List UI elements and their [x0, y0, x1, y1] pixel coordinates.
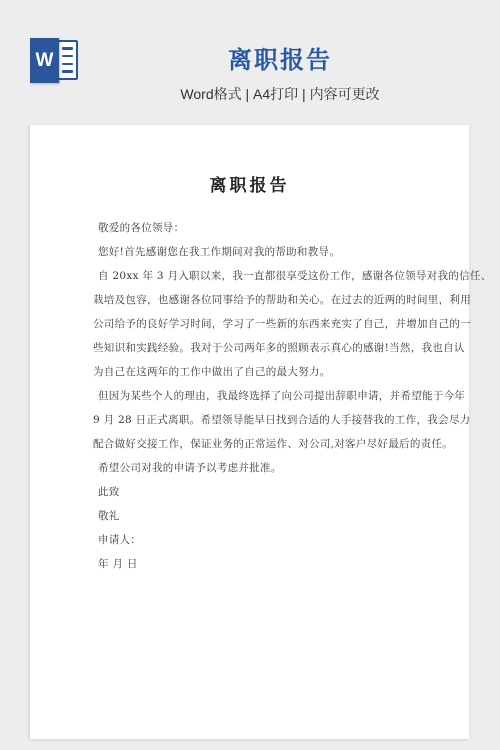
doc-line: 配合做好交接工作，保证业务的正常运作、对公司,对客户尽好最后的责任。 [93, 432, 419, 456]
header: W 离职报告 Word格式 | A4打印 | 内容可更改 [0, 0, 500, 125]
doc-line: 自 20xx 年 3 月入职以来，我一直都很享受这份工作，感谢各位领导对我的信任… [93, 264, 419, 288]
doc-line: 敬礼 [93, 504, 419, 528]
doc-line: 9 月 28 日正式离职。希望领导能早日找到合适的人手接替我的工作，我会尽力 [93, 408, 419, 432]
doc-line: 栽培及包容，也感谢各位同事给予的帮助和关心。在过去的近两的时间里，利用 [93, 288, 419, 312]
doc-line: 敬爱的各位领导： [93, 216, 419, 240]
template-preview-page: W 离职报告 Word格式 | A4打印 | 内容可更改 离职报告 敬爱的各位领… [0, 0, 500, 125]
document-title: 离职报告 [30, 174, 469, 198]
template-subtitle: Word格式 | A4打印 | 内容可更改 [60, 84, 500, 104]
doc-line: 些知识和实践经验。我对于公司两年多的照顾表示真心的感谢!当然，我也自认 [93, 336, 419, 360]
document-body: 敬爱的各位领导：您好!首先感谢您在我工作期间对我的帮助和教导。自 20xx 年 … [30, 216, 469, 576]
doc-line: 此致 [93, 480, 419, 504]
doc-line: 您好!首先感谢您在我工作期间对我的帮助和教导。 [93, 240, 419, 264]
doc-line: 为自己在这两年的工作中做出了自己的最大努力。 [93, 360, 419, 384]
doc-line: 公司给予的良好学习时间，学习了一些新的东西来充实了自己，并增加自己的一 [93, 312, 419, 336]
document-page: 离职报告 敬爱的各位领导：您好!首先感谢您在我工作期间对我的帮助和教导。自 20… [30, 125, 469, 739]
word-icon-letter: W [30, 38, 59, 83]
template-title: 离职报告 [60, 40, 500, 75]
doc-line: 但因为某些个人的理由，我最终选择了向公司提出辞职申请，并希望能于今年 [93, 384, 419, 408]
doc-line: 年 月 日 [93, 552, 419, 576]
header-text: 离职报告 Word格式 | A4打印 | 内容可更改 [60, 40, 500, 104]
doc-line: 申请人： [93, 528, 419, 552]
doc-line: 希望公司对我的申请予以考虑并批准。 [93, 456, 419, 480]
